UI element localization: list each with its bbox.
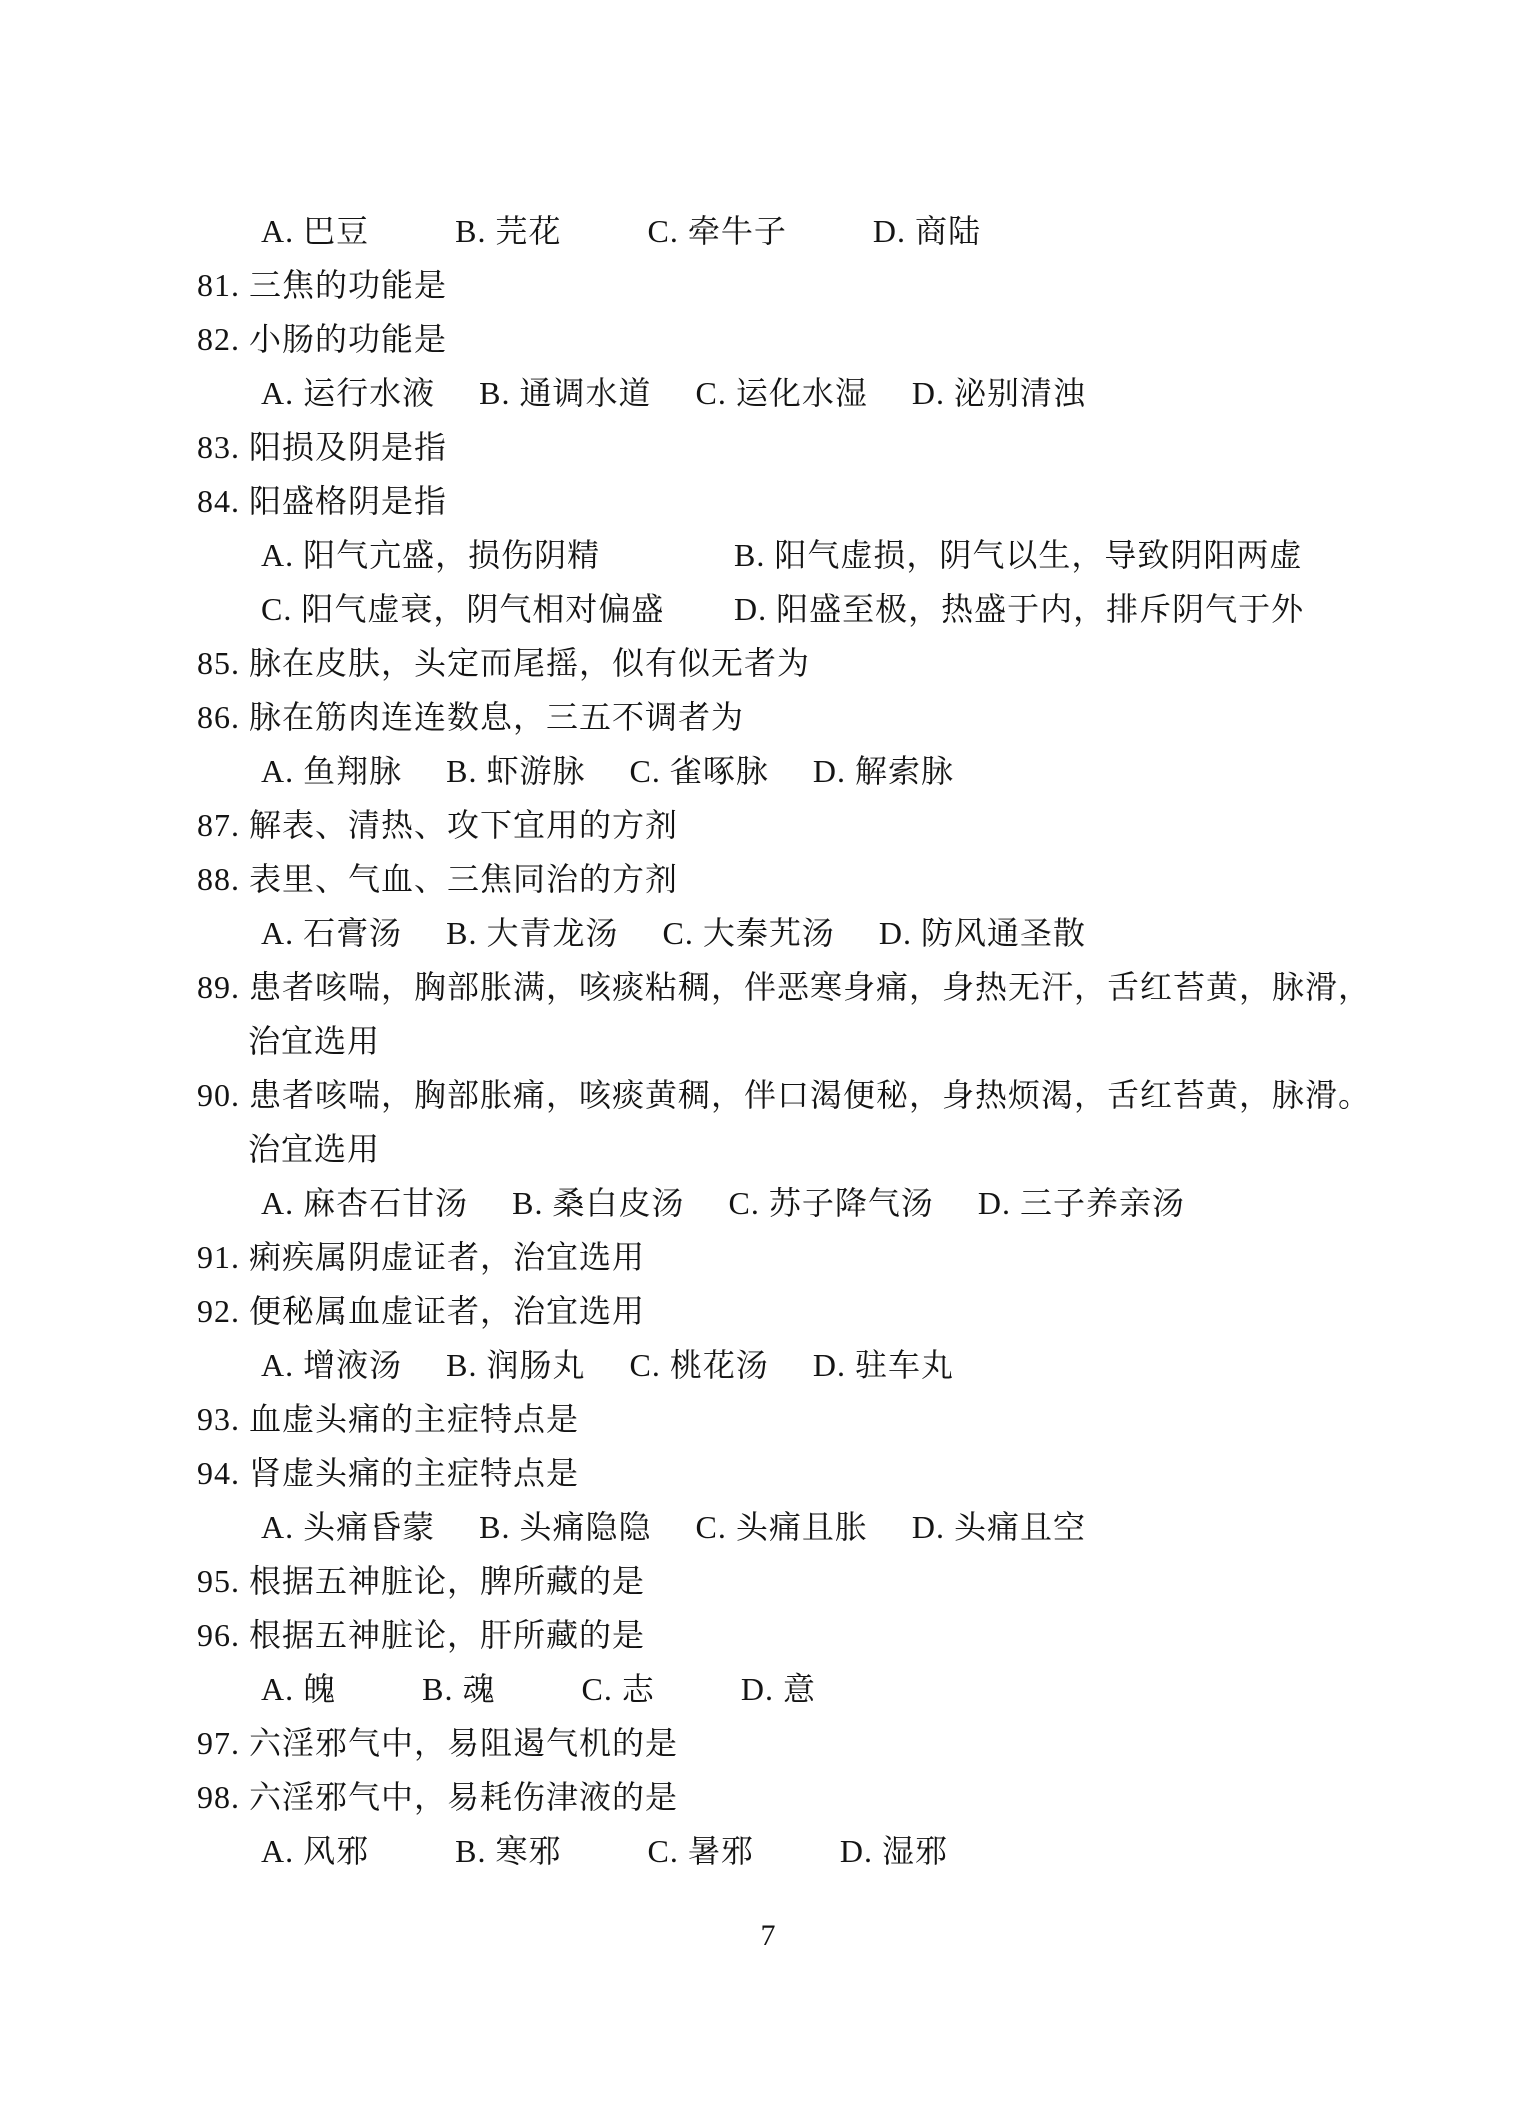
question-list: A. 巴豆B. 芫花C. 牵牛子D. 商陆 81. 三焦的功能是 82. 小肠的… [0,204,1536,1878]
option-d: D. 头痛且空 [912,1500,1086,1554]
question-87: 87. 解表、清热、攻下宜用的方剂 [0,798,1536,852]
option-d: D. 解索脉 [813,744,954,798]
option-c: C. 阳气虚衰，阴气相对偏盛 [261,582,734,636]
option-a: A. 魄 [261,1662,336,1716]
option-a: A. 巴豆 [261,204,369,258]
option-b: B. 通调水道 [479,366,651,420]
option-d: D. 三子养亲汤 [978,1176,1185,1230]
option-c: C. 雀啄脉 [629,744,768,798]
options-row-q84-ab: A. 阳气亢盛，损伤阴精B. 阳气虚损，阴气以生，导致阴阳两虚 [0,528,1536,582]
option-c: C. 头痛且胀 [695,1500,867,1554]
option-c: C. 运化水湿 [695,366,867,420]
option-d: D. 商陆 [873,204,981,258]
question-81: 81. 三焦的功能是 [0,258,1536,312]
question-89: 89. 患者咳喘，胸部胀满，咳痰粘稠，伴恶寒身痛，身热无汗，舌红苔黄，脉滑， [0,960,1536,1014]
option-a: A. 麻杏石甘汤 [261,1176,468,1230]
option-d: D. 意 [741,1662,816,1716]
question-97: 97. 六淫邪气中，易阻遏气机的是 [0,1716,1536,1770]
options-row-q82: A. 运行水液B. 通调水道C. 运化水湿D. 泌别清浊 [0,366,1536,420]
question-94: 94. 肾虚头痛的主症特点是 [0,1446,1536,1500]
option-d: D. 阳盛至极，热盛于内，排斥阴气于外 [734,582,1304,636]
option-b: B. 寒邪 [455,1824,561,1878]
option-b: B. 桑白皮汤 [512,1176,684,1230]
options-row-q90: A. 麻杏石甘汤B. 桑白皮汤C. 苏子降气汤D. 三子养亲汤 [0,1176,1536,1230]
options-row-q84-cd: C. 阳气虚衰，阴气相对偏盛D. 阳盛至极，热盛于内，排斥阴气于外 [0,582,1536,636]
question-89-continuation: 治宜选用 [0,1014,1536,1068]
question-84: 84. 阳盛格阴是指 [0,474,1536,528]
exam-page: A. 巴豆B. 芫花C. 牵牛子D. 商陆 81. 三焦的功能是 82. 小肠的… [0,0,1536,2127]
question-86: 86. 脉在筋肉连连数息，三五不调者为 [0,690,1536,744]
option-a: A. 石膏汤 [261,906,402,960]
option-b: B. 虾游脉 [446,744,585,798]
option-c: C. 暑邪 [647,1824,753,1878]
option-a: A. 风邪 [261,1824,369,1878]
options-row-q88: A. 石膏汤B. 大青龙汤C. 大秦艽汤D. 防风通圣散 [0,906,1536,960]
option-c: C. 大秦艽汤 [662,906,834,960]
options-row-q92: A. 增液汤B. 润肠丸C. 桃花汤D. 驻车丸 [0,1338,1536,1392]
option-b: B. 大青龙汤 [446,906,618,960]
page-number: 7 [0,1916,1536,1956]
question-93: 93. 血虚头痛的主症特点是 [0,1392,1536,1446]
question-98: 98. 六淫邪气中，易耗伤津液的是 [0,1770,1536,1824]
option-c: C. 苏子降气汤 [728,1176,933,1230]
option-a: A. 头痛昏蒙 [261,1500,435,1554]
option-a: A. 阳气亢盛，损伤阴精 [261,528,734,582]
option-a: A. 鱼翔脉 [261,744,402,798]
question-82: 82. 小肠的功能是 [0,312,1536,366]
option-b: B. 润肠丸 [446,1338,585,1392]
question-91: 91. 痢疾属阴虚证者，治宜选用 [0,1230,1536,1284]
question-96: 96. 根据五神脏论，肝所藏的是 [0,1608,1536,1662]
option-a: A. 增液汤 [261,1338,402,1392]
options-row-q96: A. 魄B. 魂C. 志D. 意 [0,1662,1536,1716]
question-92: 92. 便秘属血虚证者，治宜选用 [0,1284,1536,1338]
option-b: B. 头痛隐隐 [479,1500,651,1554]
question-95: 95. 根据五神脏论，脾所藏的是 [0,1554,1536,1608]
option-c: C. 志 [581,1662,654,1716]
options-row-q98: A. 风邪B. 寒邪C. 暑邪D. 湿邪 [0,1824,1536,1878]
options-row-q94: A. 头痛昏蒙B. 头痛隐隐C. 头痛且胀D. 头痛且空 [0,1500,1536,1554]
option-d: D. 湿邪 [840,1824,948,1878]
question-85: 85. 脉在皮肤，头定而尾摇，似有似无者为 [0,636,1536,690]
option-b: B. 芫花 [455,204,561,258]
options-row-q86: A. 鱼翔脉B. 虾游脉C. 雀啄脉D. 解索脉 [0,744,1536,798]
options-row-q80: A. 巴豆B. 芫花C. 牵牛子D. 商陆 [0,204,1536,258]
option-d: D. 防风通圣散 [879,906,1086,960]
option-b: B. 魂 [422,1662,495,1716]
option-c: C. 牵牛子 [647,204,786,258]
question-90-continuation: 治宜选用 [0,1122,1536,1176]
question-90: 90. 患者咳喘，胸部胀痛，咳痰黄稠，伴口渴便秘，身热烦渴，舌红苔黄，脉滑。 [0,1068,1536,1122]
option-b: B. 阳气虚损，阴气以生，导致阴阳两虚 [734,528,1302,582]
option-c: C. 桃花汤 [629,1338,768,1392]
option-d: D. 驻车丸 [813,1338,954,1392]
option-a: A. 运行水液 [261,366,435,420]
option-d: D. 泌别清浊 [912,366,1086,420]
question-88: 88. 表里、气血、三焦同治的方剂 [0,852,1536,906]
question-83: 83. 阳损及阴是指 [0,420,1536,474]
